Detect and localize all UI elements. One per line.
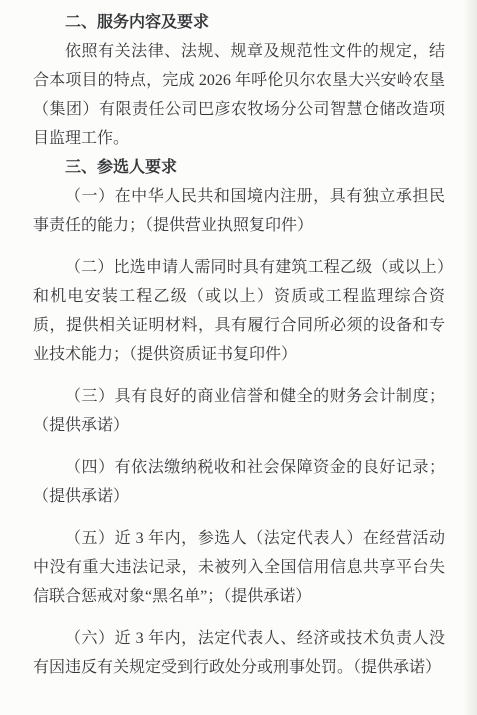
document-body: 二、服务内容及要求 依照有关法律、法规、规章及规范性文件的规定，结合本项目的特点… [33,8,445,682]
requirement-item-5: （五）近 3 年内，参选人（法定代表人）在经营活动中没有重大违法记录，未被列入全… [33,524,445,611]
requirement-item-3: （三）具有良好的商业信誉和健全的财务会计制度；（提供承诺） [33,382,445,440]
requirement-item-4: （四）有依法缴纳税收和社会保障资金的良好记录；（提供承诺） [33,453,445,511]
section-service-paragraph: 依照有关法律、法规、规章及规范性文件的规定，结合本项目的特点，完成 2026 年… [33,37,445,153]
requirement-item-2: （二）比选申请人需同时具有建筑工程乙级（或以上）和机电安装工程乙级（或以上）资质… [33,253,445,369]
requirement-item-6: （六）近 3 年内，法定代表人、经济或技术负责人没有因违反有关规定受到行政处分或… [33,624,445,682]
document-page: 二、服务内容及要求 依照有关法律、法规、规章及规范性文件的规定，结合本项目的特点… [0,0,477,715]
section-requirements-heading: 三、参选人要求 [33,153,445,182]
section-service-heading: 二、服务内容及要求 [33,8,445,37]
requirement-item-1: （一）在中华人民共和国境内注册，具有独立承担民事责任的能力；（提供营业执照复印件… [33,182,445,240]
